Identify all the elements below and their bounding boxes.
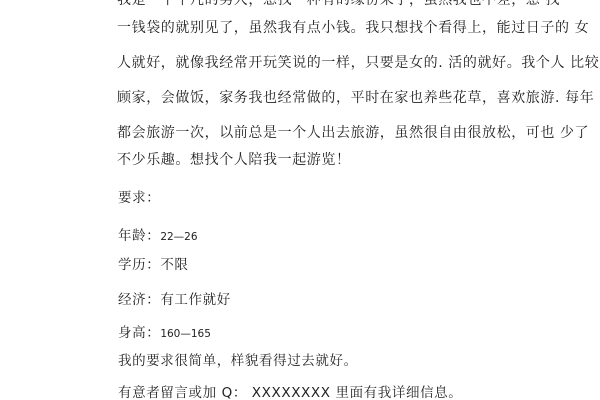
intro-line: 人就好，就像我经常开玩笑说的一样，只要是女的. 活的就好。我个人 比较: [117, 55, 599, 71]
requirements-heading: 要求：: [118, 190, 160, 206]
requirement-height: 身高：160—165: [118, 325, 211, 342]
requirement-value: 有工作就好: [160, 292, 231, 308]
intro-line: 顾家，会做饭，家务我也经常做的，平时在家也养些花草，喜欢旅游. 每年: [117, 90, 594, 106]
requirement-value: 22—26: [160, 231, 197, 243]
requirement-age: 年龄：22—26: [118, 228, 198, 245]
requirement-finance: 经济：有工作就好: [118, 292, 231, 308]
requirement-value: 不限: [160, 257, 188, 273]
requirement-label: 学历：: [118, 257, 160, 273]
closing-line: 有意者留言或加 Q： XXXXXXXX 里面有我详细信息。: [118, 385, 462, 400]
intro-line: 不少乐趣。想找个人陪我一起游览！: [117, 152, 351, 168]
requirement-label: 身高：: [118, 325, 160, 341]
requirement-label: 经济：: [118, 292, 160, 308]
document-page: 我是一个平凡的男人，想找一种有的缘份来了，虽然我也不差，想 找 一钱袋的就别见了…: [0, 0, 600, 400]
intro-line: 我是一个平凡的男人，想找一种有的缘份来了，虽然我也不差，想 找: [117, 0, 560, 8]
intro-line: 一钱袋的就别见了，虽然我有点小钱。我只想找个看得上，能过日子的 女: [117, 20, 589, 36]
requirement-label: 年龄：: [118, 228, 160, 244]
intro-line: 都会旅游一次，以前总是一个人出去旅游，虽然很自由很放松，可也 少了: [117, 125, 589, 141]
requirement-value: 160—165: [160, 328, 211, 340]
closing-line: 我的要求很简单，样貌看得过去就好。: [118, 353, 358, 369]
requirement-education: 学历：不限: [118, 257, 189, 273]
